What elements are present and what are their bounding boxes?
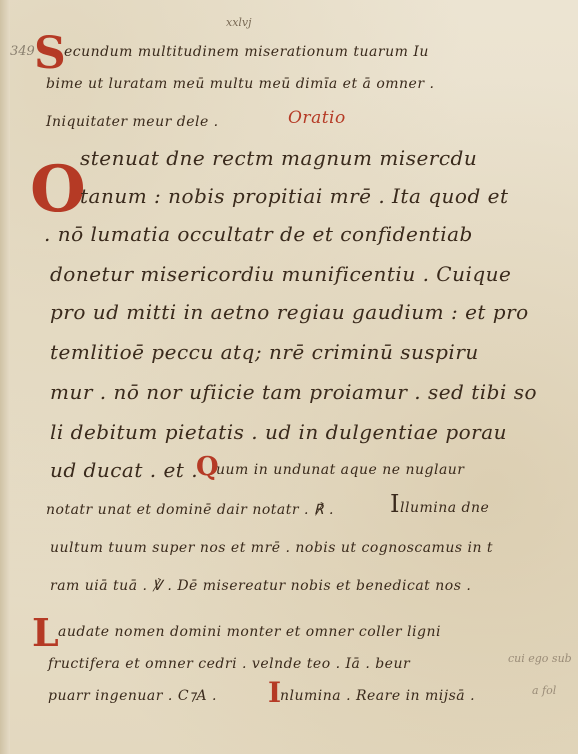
text-line: fructifera et omner cedri . velnde teo .… [48,656,410,672]
margin-note: cui ego sub [508,652,572,665]
text-line: ud ducat . et . [50,458,198,482]
text-line: stenuat dne rectm magnum misercdu [80,146,477,170]
text-line: bime ut luratam meū multu meū dimīa et ā… [46,76,434,92]
text-line: Iniquitater meur dele . [46,114,219,130]
text-line: pro ud mitti in aetno regiau gaudium : e… [50,300,529,324]
text-line: puarr ingenuar . C⁊A . [48,688,217,704]
initial-i: I [390,490,400,518]
text-line: ram uiā tuā . ℣ . Dē misereatur nobis et… [50,578,471,594]
text-line: . nō lumatia occultatr de et confidentia… [44,222,473,246]
text-line: notatr unat et dominē dair notatr . ℟ . [46,502,334,518]
text-line: mur . nō nor ufiicie tam proiamur . sed … [50,380,537,404]
text-line: ecundum multitudinem miserationum tuarum… [64,44,429,60]
margin-note: a fol [532,684,556,697]
manuscript-page: xxlvj 349 S ecundum multitudinem miserat… [0,0,578,754]
text-line: audate nomen domini monter et omner coll… [58,624,441,640]
text-line: temlitioē peccu atq; nrē criminū suspiru [50,340,479,364]
text-line: uum in undunat aque ne nuglaur [216,462,465,478]
text-line: li debitum pietatis . ud in dulgentiae p… [50,420,507,444]
rubric-initial-s: S [34,28,66,79]
rubric-initial-o: O [30,152,86,227]
folio-number: 349 [10,44,35,59]
rubric-initial-l: L [32,610,59,655]
text-line: donetur misericordiu munificentiu . Cuiq… [50,262,511,286]
page-gutter [0,0,10,754]
text-line: nlumina . Reare in mijsā . [280,688,475,704]
text-line: uultum tuum super nos et mrē . nobis ut … [50,540,493,556]
rubric-oratio: Oratio [288,108,346,128]
top-note: xxlvj [226,16,252,29]
text-line: tanum : nobis propitiai mrē . Ita quod e… [80,184,509,208]
text-line: llumina dne [400,500,489,516]
